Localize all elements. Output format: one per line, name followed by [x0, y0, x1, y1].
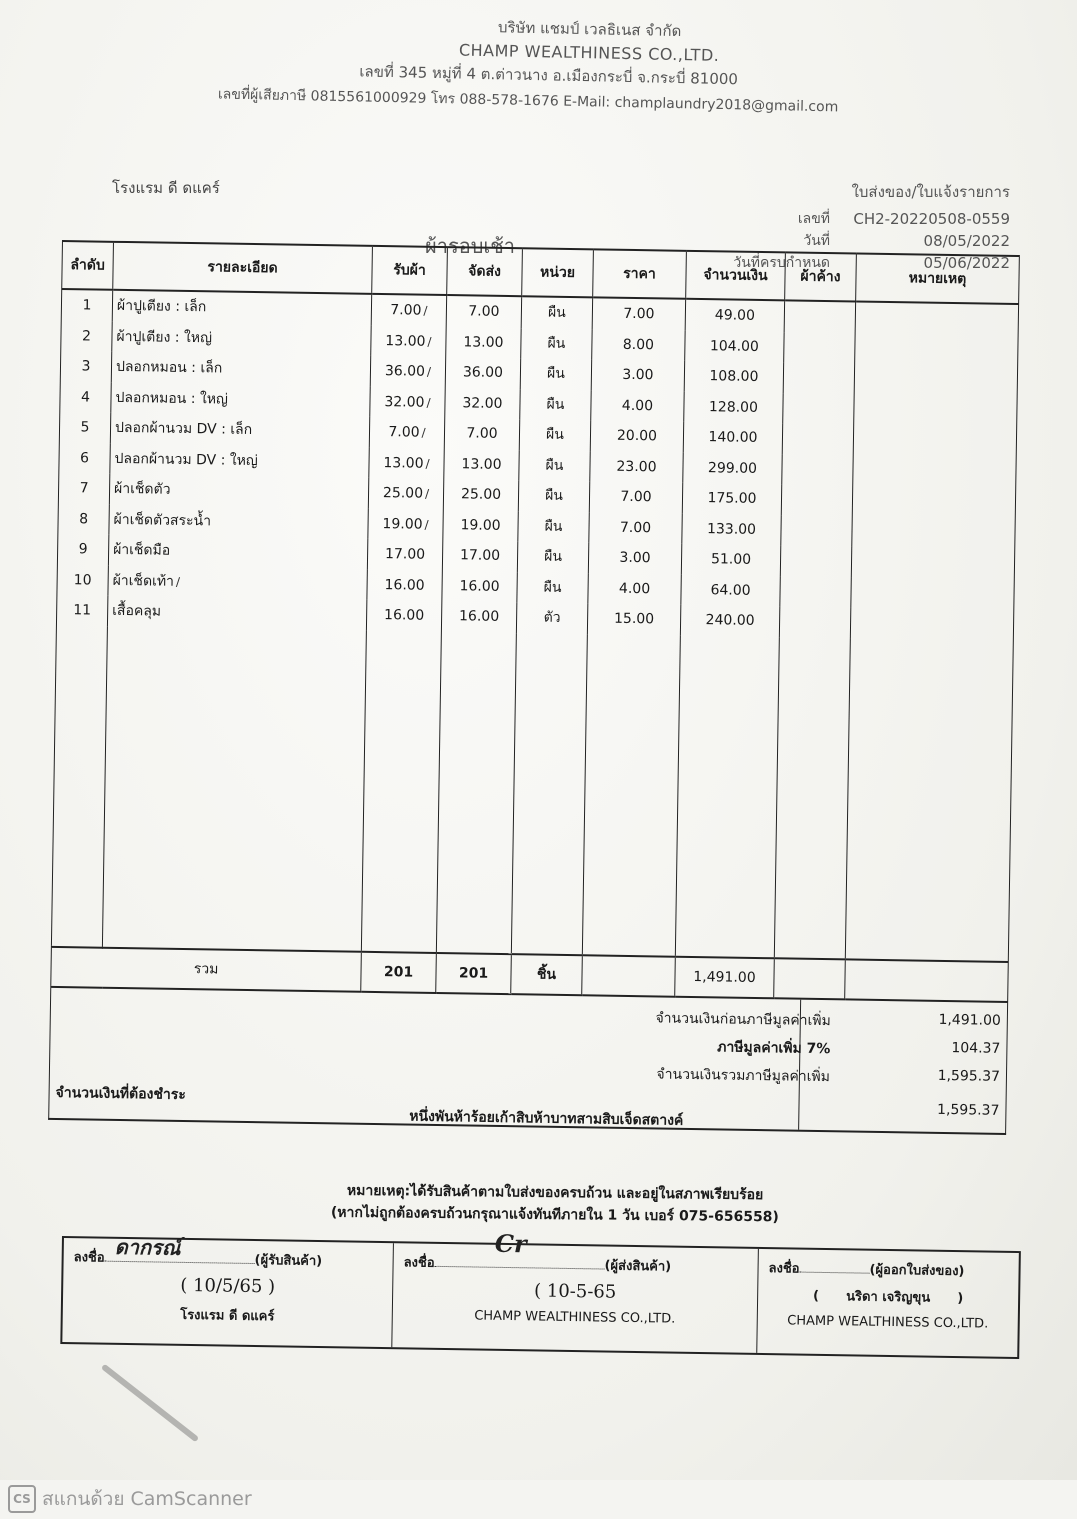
row-delivered: 19.00 — [443, 510, 518, 542]
document-title: ใบส่งของ/ใบแจ้งรายการ — [700, 180, 1010, 204]
row-unit: ผืน — [521, 296, 592, 329]
sign-role: (ผู้รับสินค้า) — [254, 1253, 322, 1269]
sign-org: CHAMP WEALTHINESS CO.,LTD. — [403, 1307, 747, 1327]
row-remark — [852, 485, 1015, 518]
vat-label: ภาษีมูลค่าเพิ่ม 7% — [446, 1032, 850, 1060]
row-description: ผ้าปูเตียง : ใหญ่ — [112, 321, 371, 356]
received-value: 16.00 — [384, 577, 424, 594]
row-pending — [783, 362, 854, 394]
row-amount: 133.00 — [682, 513, 781, 545]
empty-cell — [102, 626, 366, 951]
row-delivered: 36.00 — [445, 357, 520, 389]
col-pending: ผ้าค้าง — [785, 252, 857, 301]
total-vat-value: 1,595.37 — [850, 1066, 1006, 1090]
items-table: ลำดับ รายละเอียด รับผ้า จัดส่ง หน่วย ราค… — [50, 240, 1020, 1002]
row-delivered: 7.00 — [446, 295, 521, 328]
signature-receiver: ลงชื่อดากรณ์(ผู้รับสินค้า) ( 10/5/65 ) โ… — [62, 1238, 394, 1347]
row-delivered: 25.00 — [443, 479, 518, 511]
row-amount: 240.00 — [680, 605, 779, 637]
check-mark-icon: / — [176, 575, 180, 589]
row-description: เสื้อคลุม — [107, 596, 366, 631]
row-pending — [782, 423, 853, 455]
sign-label: ลงชื่อ — [404, 1255, 435, 1270]
row-received: 16.00 — [366, 600, 441, 632]
total-price-empty — [582, 955, 676, 996]
row-amount: 64.00 — [681, 574, 780, 606]
row-pending — [783, 393, 854, 425]
row-amount: 175.00 — [682, 483, 781, 515]
total-amount: 1,491.00 — [675, 956, 775, 998]
row-no: 6 — [59, 442, 110, 473]
row-remark — [855, 333, 1018, 366]
received-value: 13.00 — [383, 455, 423, 472]
total-remark-empty — [845, 959, 1009, 1002]
row-price: 7.00 — [589, 512, 682, 544]
col-description: รายละเอียด — [113, 242, 373, 294]
row-delivered: 7.00 — [444, 418, 519, 450]
signature-sender: ลงชื่อCr(ผู้ส่งสินค้า) ( 10-5-65 CHAMP W… — [392, 1243, 759, 1353]
row-unit: ผืน — [518, 511, 589, 543]
row-received: 32.00/ — [370, 386, 445, 418]
row-remark — [850, 607, 1013, 640]
col-no: ลำดับ — [62, 241, 114, 290]
row-no: 7 — [58, 473, 109, 504]
row-unit: ผืน — [520, 389, 591, 421]
customer-name: โรงแรม ดี ดแคร์ — [112, 176, 220, 200]
signature-issuer: ลงชื่อ(ผู้ออกใบส่งของ) ( นริดา เจริญขุน … — [757, 1249, 1019, 1357]
received-value: 19.00 — [382, 516, 422, 533]
note-line-2: (หากไม่ถูกต้องครบถ้วนกรุณาแจ้งทันทีภายใน… — [290, 1201, 820, 1229]
row-amount: 51.00 — [681, 544, 780, 576]
camscanner-logo-icon: CS — [8, 1485, 36, 1513]
handwritten-signature: ดากรณ์ — [115, 1231, 181, 1264]
doc-date-label: วันที่ — [700, 230, 830, 252]
row-pending — [780, 545, 851, 577]
row-price: 23.00 — [590, 451, 683, 483]
row-remark — [851, 577, 1014, 610]
row-price: 3.00 — [588, 542, 681, 574]
received-value: 16.00 — [384, 607, 424, 624]
check-mark-icon: / — [423, 304, 427, 318]
check-mark-icon: / — [427, 335, 431, 349]
row-received: 17.00 — [367, 539, 442, 571]
signature-section: ลงชื่อดากรณ์(ผู้รับสินค้า) ( 10/5/65 ) โ… — [60, 1236, 1021, 1359]
handwritten-date: 10-5-65 — [547, 1281, 617, 1303]
summary-total-vat: จำนวนเงินรวมภาษีมูลค่าเพิ่ม 1,595.37 — [446, 1060, 1006, 1091]
col-received: รับผ้า — [372, 246, 448, 295]
empty-cell — [51, 625, 107, 947]
items-table-wrap: ลำดับ รายละเอียด รับผ้า จัดส่ง หน่วย ราค… — [48, 240, 1020, 1175]
row-price: 20.00 — [590, 420, 683, 452]
row-amount: 140.00 — [683, 422, 782, 454]
received-value: 7.00 — [388, 424, 419, 440]
handwritten-signature: Cr — [495, 1229, 527, 1258]
row-received: 7.00/ — [369, 417, 444, 449]
sign-role: (ผู้ออกใบส่งของ) — [869, 1263, 964, 1279]
row-received: 25.00/ — [368, 478, 443, 510]
row-remark — [853, 424, 1016, 457]
sign-org: CHAMP WEALTHINESS CO.,LTD. — [768, 1313, 1008, 1332]
received-value: 13.00 — [385, 333, 425, 350]
description-text: ผ้าเช็ดเท้า — [113, 573, 175, 590]
row-unit: ผืน — [519, 450, 590, 482]
total-pending-empty — [774, 958, 846, 999]
row-no: 10 — [57, 564, 108, 595]
received-value: 25.00 — [383, 485, 423, 502]
sign-label: ลงชื่อ — [74, 1250, 105, 1265]
col-remark: หมายเหตุ — [856, 253, 1020, 304]
row-price: 7.00 — [592, 297, 685, 330]
row-no: 1 — [61, 289, 112, 321]
row-pending — [781, 515, 852, 547]
issuer-name: นริดา เจริญขุน — [846, 1289, 930, 1305]
received-value: 17.00 — [385, 546, 425, 563]
check-mark-icon: / — [426, 395, 430, 409]
row-received: 19.00/ — [368, 508, 443, 540]
row-pending — [784, 332, 855, 364]
sign-role: (ผู้ส่งสินค้า) — [604, 1259, 671, 1275]
doc-date: 08/05/2022 — [830, 230, 1010, 252]
row-price: 15.00 — [587, 603, 680, 635]
signature-line: Cr — [435, 1254, 605, 1270]
row-remark — [851, 546, 1014, 579]
before-vat-value: 1,491.00 — [851, 1010, 1007, 1034]
row-unit: ผืน — [519, 419, 590, 451]
row-description: ผ้าเช็ดมือ — [108, 535, 367, 570]
row-price: 4.00 — [591, 390, 684, 422]
received-value: 32.00 — [384, 394, 424, 411]
sign-org: โรงแรม ดี ดแคร์ — [73, 1302, 382, 1328]
received-value: 7.00 — [390, 302, 421, 318]
row-price: 4.00 — [588, 573, 681, 605]
row-delivered: 16.00 — [441, 601, 516, 633]
summary-vat: ภาษีมูลค่าเพิ่ม 7% 104.37 — [446, 1032, 1006, 1063]
empty-cell — [675, 635, 779, 958]
check-mark-icon: / — [427, 365, 431, 379]
summary-box: จำนวนเงินก่อนภาษีมูลค่าเพิ่ม 1,491.00 ภา… — [48, 987, 1008, 1134]
row-remark — [854, 363, 1017, 396]
row-no: 5 — [59, 412, 110, 443]
row-delivered: 32.00 — [445, 388, 520, 420]
amount-due-value: 1,595.37 — [849, 1100, 1005, 1118]
signature-line — [799, 1260, 869, 1274]
camscanner-text: สแกนด้วย CamScanner — [42, 1484, 252, 1514]
row-unit: ผืน — [518, 480, 589, 512]
vat-value: 104.37 — [850, 1038, 1006, 1062]
row-price: 3.00 — [591, 359, 684, 391]
row-no: 3 — [60, 351, 111, 382]
row-remark — [855, 301, 1018, 335]
signature-line: ดากรณ์ — [105, 1249, 255, 1264]
row-received: 13.00/ — [371, 325, 446, 357]
col-unit: หน่วย — [522, 248, 594, 297]
row-delivered: 13.00 — [446, 327, 521, 359]
document-page: บริษัท แชมป์ เวลธิเนส จำกัด CHAMP WEALTH… — [0, 0, 1077, 1480]
row-unit: ผืน — [521, 328, 592, 360]
row-unit: ตัว — [516, 602, 587, 634]
row-no: 2 — [61, 320, 112, 351]
empty-cell — [774, 637, 850, 959]
row-pending — [784, 300, 855, 333]
row-no: 11 — [56, 595, 107, 626]
empty-cell — [511, 633, 587, 955]
amount-due-label: จำนวนเงินที่ต้องชำระ — [55, 1082, 186, 1106]
row-price: 7.00 — [589, 481, 682, 513]
row-pending — [781, 484, 852, 516]
total-delivered: 201 — [436, 952, 512, 993]
row-price: 8.00 — [592, 329, 685, 361]
row-description: ปลอกหมอน : ใหญ่ — [111, 382, 370, 417]
col-amount: จำนวนเงิน — [686, 251, 786, 301]
row-remark — [852, 516, 1015, 549]
doc-number: CH2-20220508-0559 — [830, 208, 1010, 230]
row-received: 36.00/ — [370, 356, 445, 388]
total-label: รวม — [51, 946, 362, 991]
check-mark-icon: / — [425, 456, 429, 470]
receipt-note: หมายเหตุ:ได้รับสินค้าตามใบส่งของครบถ้วน … — [290, 1179, 820, 1229]
row-amount: 49.00 — [685, 299, 784, 332]
company-header: บริษัท แชมป์ เวลธิเนส จำกัด CHAMP WEALTH… — [148, 8, 910, 120]
row-delivered: 13.00 — [444, 449, 519, 481]
row-no: 9 — [57, 534, 108, 565]
row-amount: 299.00 — [683, 452, 782, 484]
empty-cell — [436, 632, 516, 954]
summary-before-vat: จำนวนเงินก่อนภาษีมูลค่าเพิ่ม 1,491.00 — [447, 1004, 1007, 1035]
row-description: ปลอกผ้านวม DV : เล็ก — [110, 413, 369, 448]
row-remark — [854, 394, 1017, 427]
row-description: ผ้าเช็ดเท้า/ — [108, 565, 367, 600]
row-amount: 128.00 — [684, 391, 783, 423]
row-pending — [780, 576, 851, 608]
row-description: ผ้าเช็ดตัวสระน้ำ — [109, 504, 368, 539]
row-received: 7.00/ — [371, 294, 446, 327]
empty-cell — [845, 638, 1013, 962]
table-row-empty — [51, 625, 1013, 961]
empty-cell — [582, 634, 680, 956]
row-delivered: 17.00 — [442, 540, 517, 572]
row-description: ผ้าปูเตียง : เล็ก — [112, 290, 371, 326]
row-unit: ผืน — [517, 572, 588, 604]
row-pending — [779, 606, 850, 638]
empty-cell — [361, 630, 441, 952]
check-mark-icon: / — [424, 517, 428, 531]
total-unit: ชิ้น — [511, 954, 583, 995]
row-description: ปลอกหมอน : เล็ก — [111, 352, 370, 387]
check-mark-icon: / — [425, 487, 429, 501]
paper-crease — [101, 1364, 199, 1443]
received-value: 36.00 — [385, 363, 425, 380]
row-no: 4 — [60, 381, 111, 412]
row-description: ปลอกผ้านวม DV : ใหญ่ — [110, 443, 369, 478]
col-price: ราคา — [593, 249, 687, 298]
col-delivered: จัดส่ง — [447, 247, 523, 296]
row-delivered: 16.00 — [442, 571, 517, 603]
check-mark-icon: / — [421, 426, 425, 440]
row-unit: ผืน — [517, 541, 588, 573]
total-vat-label: จำนวนเงินรวมภาษีมูลค่าเพิ่ม — [446, 1060, 850, 1088]
total-received: 201 — [361, 951, 437, 992]
row-amount: 108.00 — [684, 361, 783, 393]
doc-number-label: เลขที่ — [700, 208, 830, 230]
camscanner-watermark: CS สแกนด้วย CamScanner — [8, 1484, 252, 1514]
handwritten-date: 10/5/65 — [193, 1275, 263, 1297]
before-vat-label: จำนวนเงินก่อนภาษีมูลค่าเพิ่ม — [447, 1004, 851, 1032]
row-no: 8 — [58, 503, 109, 534]
row-unit: ผืน — [520, 358, 591, 390]
sign-label: ลงชื่อ — [768, 1261, 799, 1276]
row-received: 13.00/ — [369, 447, 444, 479]
row-pending — [782, 454, 853, 486]
row-remark — [853, 455, 1016, 488]
row-amount: 104.00 — [685, 330, 784, 362]
row-description: ผ้าเช็ดตัว — [109, 474, 368, 509]
row-received: 16.00 — [367, 569, 442, 601]
